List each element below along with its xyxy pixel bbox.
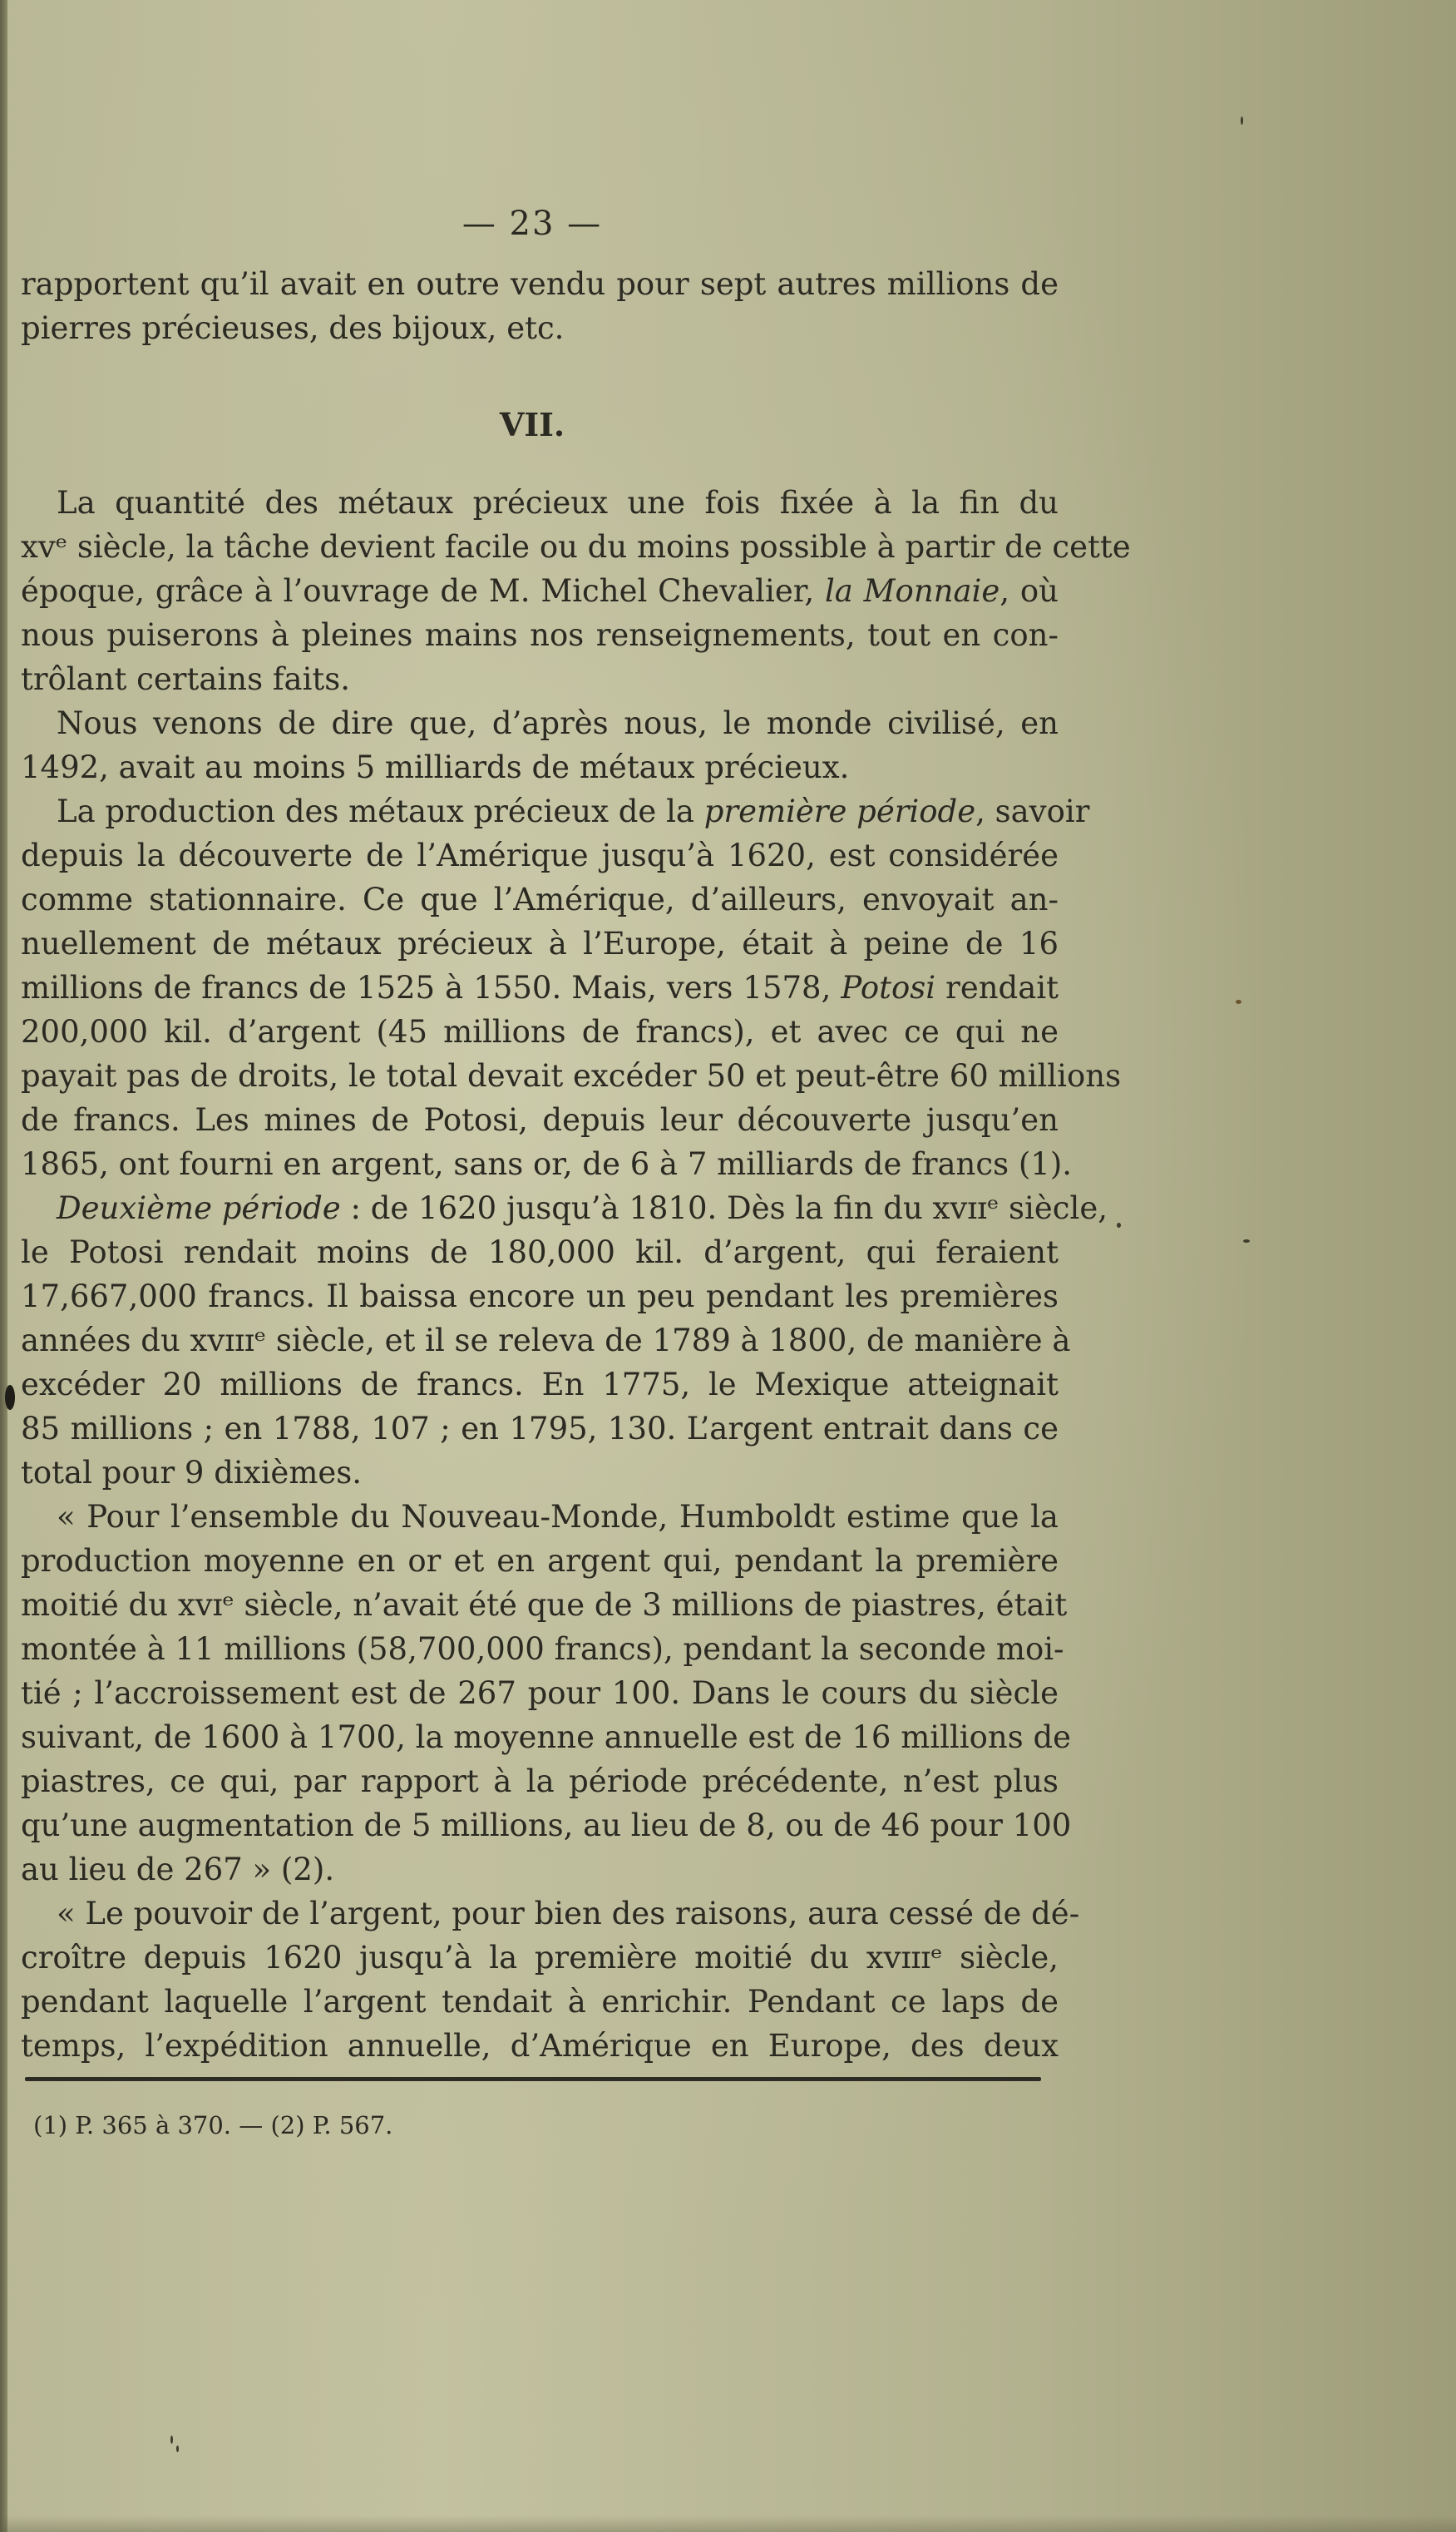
text-line: payait pas de droits, le total devait ex… xyxy=(21,1054,1059,1098)
text-line: millions de francs de 1525 à 1550. Mais,… xyxy=(21,966,1059,1010)
italic-text: Deuxième période xyxy=(57,1190,341,1226)
intro-continuation: rapportent qu’il avait en outre vendu po… xyxy=(21,262,1059,350)
paper-speck xyxy=(176,2445,179,2452)
text-line: total pour 9 dixièmes. xyxy=(21,1451,1059,1495)
text-line: au lieu de 267 » (2). xyxy=(21,1847,1059,1892)
page-number: — 23 — xyxy=(449,205,615,243)
text-line: excéder 20 millions de francs. En 1775, … xyxy=(21,1362,1059,1407)
text-line: xvᵉ siècle, la tâche devient facile ou d… xyxy=(21,525,1059,569)
text-line: rapportent qu’il avait en outre vendu po… xyxy=(21,262,1059,306)
text-line: époque, grâce à l’ouvrage de M. Michel C… xyxy=(21,569,1059,613)
text-line: de francs. Les mines de Potosi, depuis l… xyxy=(21,1098,1059,1142)
text-line: montée à 11 millions (58,700,000 francs)… xyxy=(21,1627,1059,1671)
binding-edge xyxy=(0,0,7,2532)
footnote-divider xyxy=(25,2077,1041,2081)
text-line: Nous venons de dire que, d’après nous, l… xyxy=(21,701,1059,745)
paper-speck xyxy=(1241,116,1243,125)
text-line: pierres précieuses, des bijoux, etc. xyxy=(21,306,1059,350)
text-line: pendant laquelle l’argent tendait à enri… xyxy=(21,1980,1059,2024)
text-line: depuis la découverte de l’Amérique jusqu… xyxy=(21,833,1059,878)
paper-speck xyxy=(170,2436,173,2444)
footnotes: (1) P. 365 à 370. — (2) P. 567. xyxy=(33,2104,392,2146)
text-line: croître depuis 1620 jusqu’à la première … xyxy=(21,1936,1059,1980)
text-line: « Le pouvoir de l’argent, pour bien des … xyxy=(21,1892,1059,1936)
text-line: « Pour l’ensemble du Nouveau-Monde, Humb… xyxy=(21,1495,1059,1539)
text-line: 17,667,000 francs. Il baissa encore un p… xyxy=(21,1274,1059,1318)
text-line: années du xvɪɪɪᵉ siècle, et il se releva… xyxy=(21,1318,1059,1362)
text-line: Deuxième période : de 1620 jusqu’à 1810.… xyxy=(21,1186,1059,1230)
text-line: piastres, ce qui, par rapport à la pério… xyxy=(21,1759,1059,1803)
text-line: trôlant certains faits. xyxy=(21,657,1059,701)
text-line: nuellement de métaux précieux à l’Europe… xyxy=(21,922,1059,966)
italic-text: Potosi xyxy=(841,970,935,1006)
paper-speck xyxy=(1236,1000,1241,1004)
text-line: temps, l’expédition annuelle, d’Amérique… xyxy=(21,2024,1059,2068)
text-line: tié ; l’accroissement est de 267 pour 10… xyxy=(21,1671,1059,1715)
text-line: comme stationnaire. Ce que l’Amérique, d… xyxy=(21,878,1059,922)
italic-text: première période xyxy=(704,794,975,829)
paper-speck xyxy=(1243,1239,1250,1243)
text-line: La production des métaux précieux de la … xyxy=(21,789,1059,833)
text-line: moitié du xvɪᵉ siècle, n’avait été que d… xyxy=(21,1583,1059,1627)
paper-speck xyxy=(1117,1223,1121,1228)
text-line: qu’une augmentation de 5 millions, au li… xyxy=(21,1803,1059,1847)
text-line: 1492, avait au moins 5 milliards de méta… xyxy=(21,745,1059,789)
text-line: nous puiserons à pleines mains nos rense… xyxy=(21,613,1059,657)
text-line: 1865, ont fourni en argent, sans or, de … xyxy=(21,1142,1059,1186)
text-line: le Potosi rendait moins de 180,000 kil. … xyxy=(21,1230,1059,1274)
text-line: 85 millions ; en 1788, 107 ; en 1795, 13… xyxy=(21,1407,1059,1451)
text-line: suivant, de 1600 à 1700, la moyenne annu… xyxy=(21,1715,1059,1759)
text-line: La quantité des métaux précieux une fois… xyxy=(21,481,1059,525)
paper-speck xyxy=(5,1385,15,1410)
text-line: 200,000 kil. d’argent (45 millions de fr… xyxy=(21,1010,1059,1054)
text-line: production moyenne en or et en argent qu… xyxy=(21,1539,1059,1583)
body-text: La quantité des métaux précieux une fois… xyxy=(21,481,1059,2068)
italic-text: la Monnaie xyxy=(825,573,999,609)
section-heading: VII. xyxy=(449,406,615,443)
page-bottom-edge xyxy=(0,2515,1456,2532)
